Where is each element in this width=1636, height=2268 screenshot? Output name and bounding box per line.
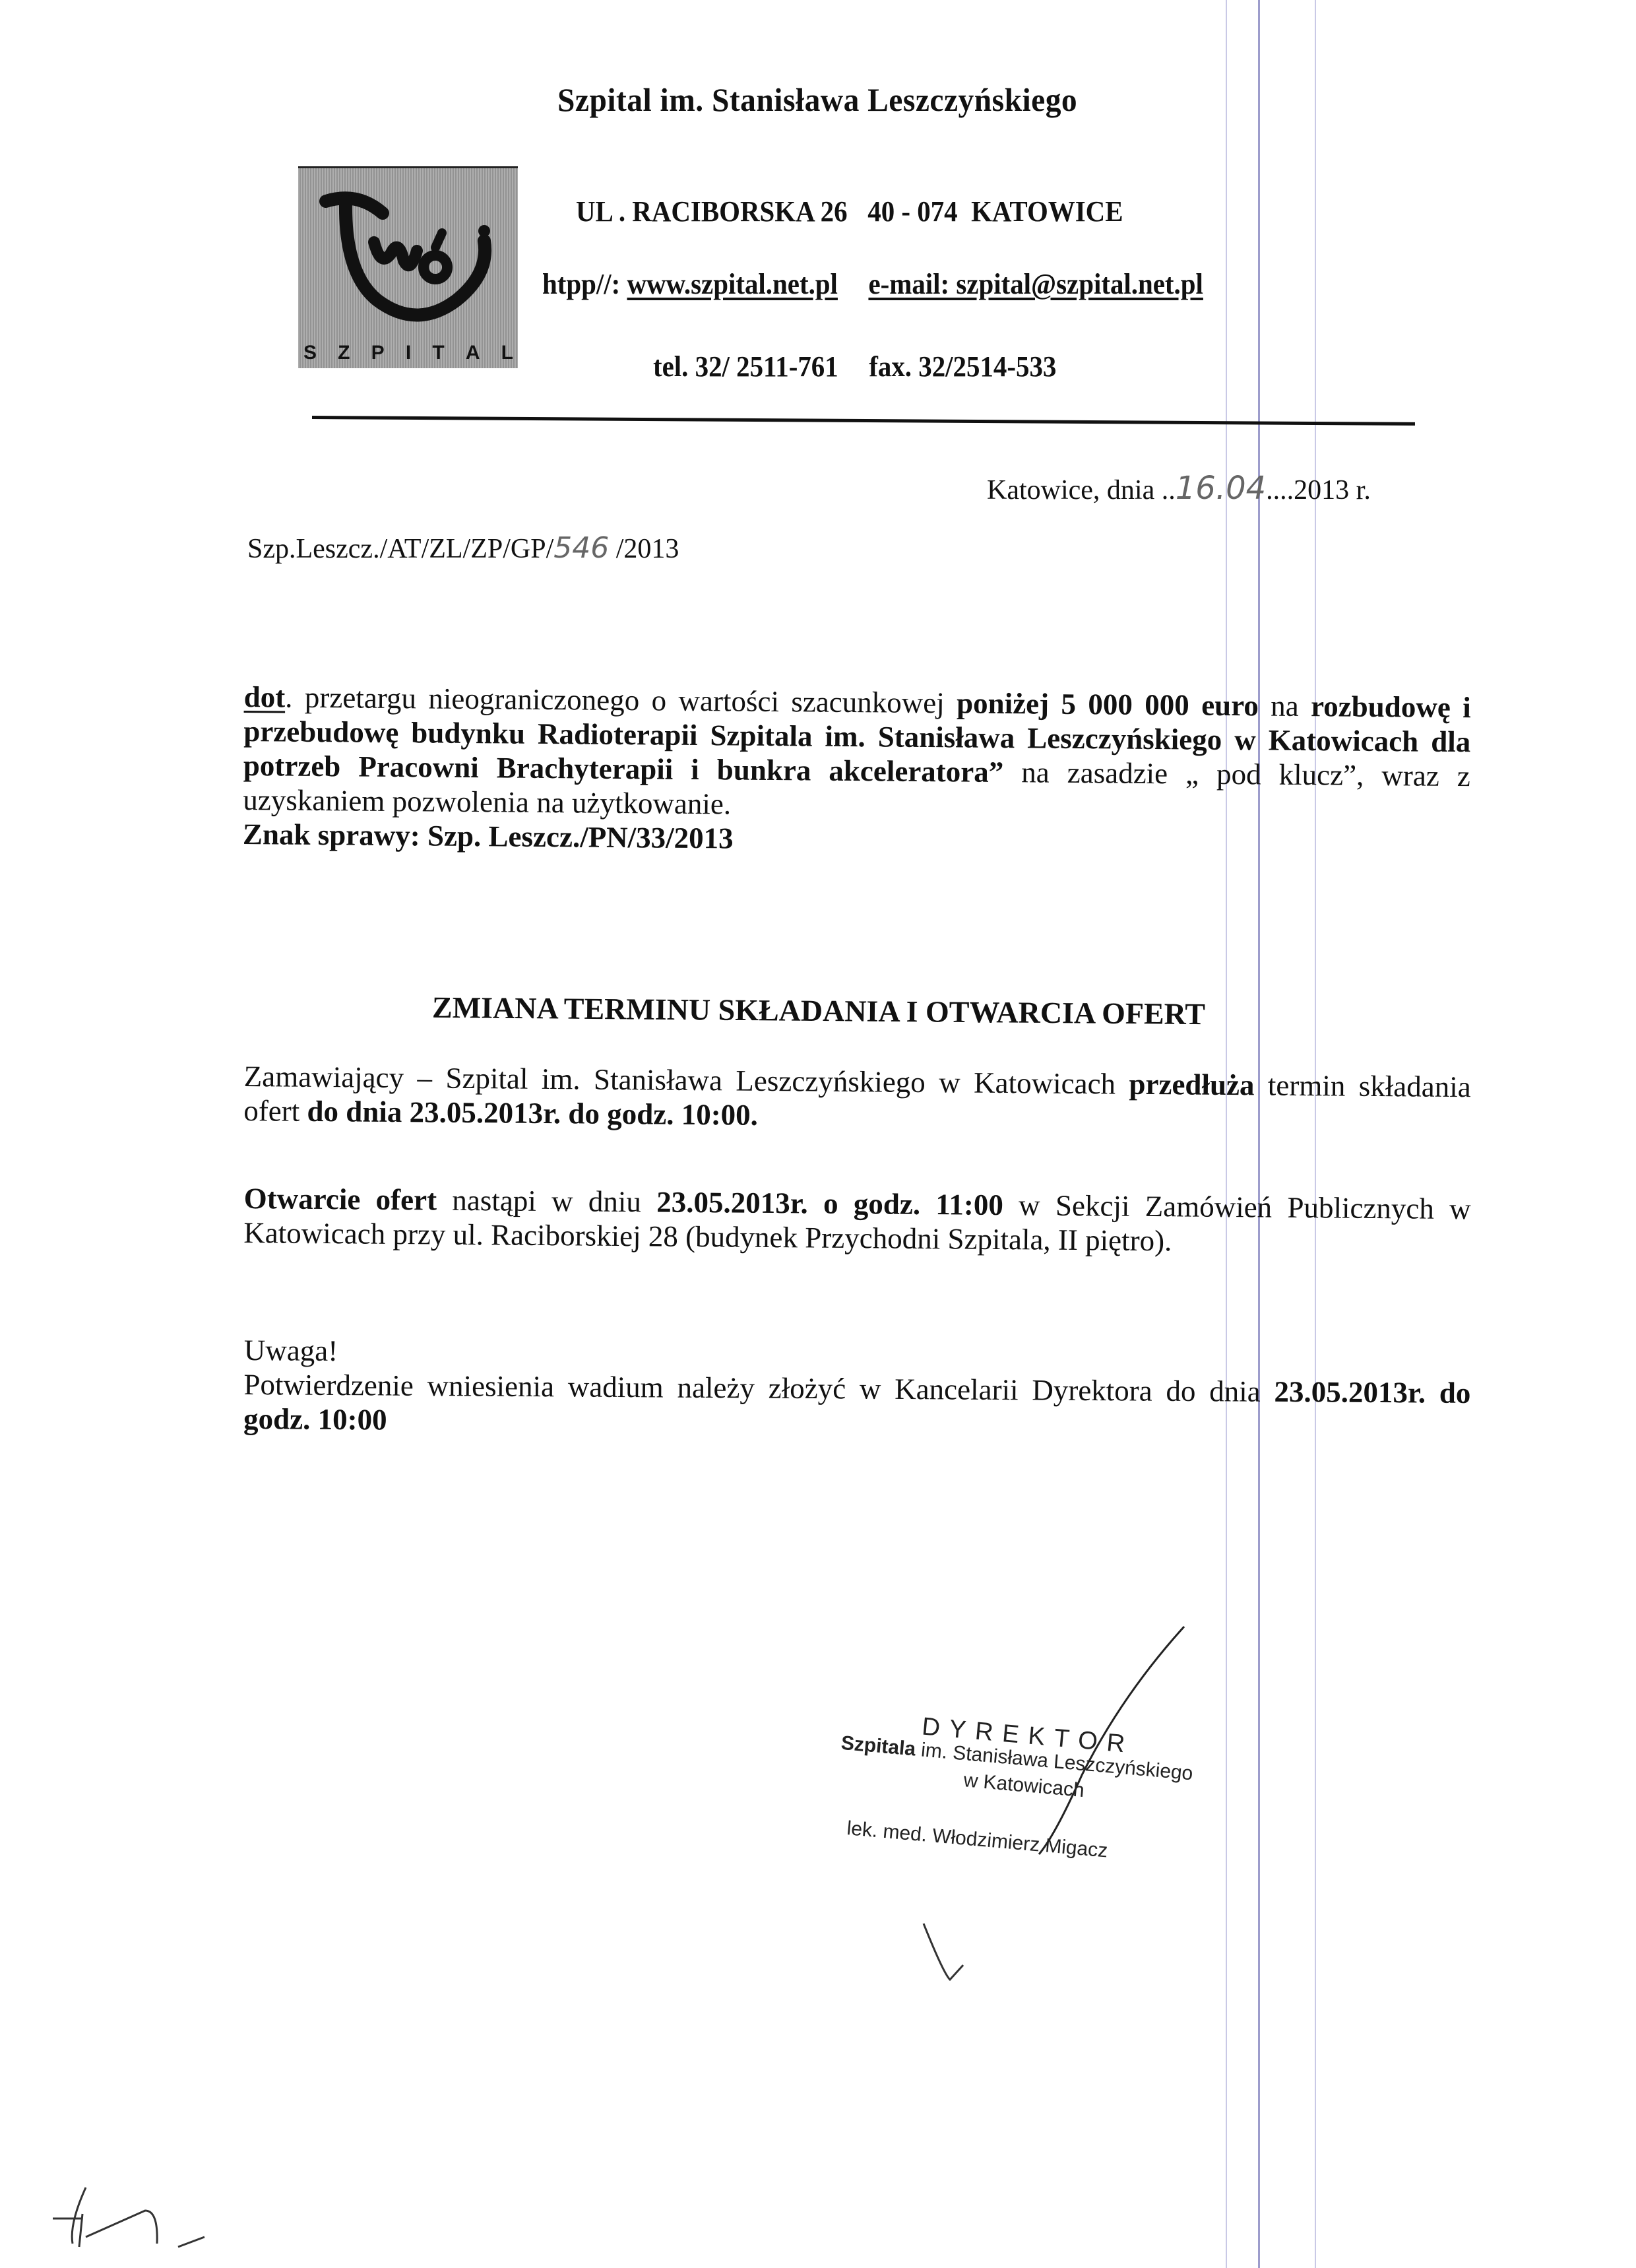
handwritten-ref-number: 546 [553, 531, 609, 565]
hospital-logo: S Z P I T A L [298, 166, 518, 368]
stamp-org-bold: Szpitala [840, 1732, 917, 1761]
logo-letter: Z [338, 342, 350, 364]
reference-number: Szp.Leszcz./AT/ZL/ZP/GP/546 /2013 [247, 531, 679, 565]
p2-datetime: 23.05.2013r. o godz. 11:00 [656, 1185, 1003, 1221]
check-mark [924, 1924, 963, 1980]
logo-letter: S [303, 342, 317, 364]
p1-bold: przedłuża [1129, 1068, 1254, 1102]
header-divider [312, 416, 1415, 426]
hospital-address: UL . RACIBORSKA 26 40 - 074 KATOWICE [576, 195, 1123, 228]
notice-heading: ZMIANA TERMINU SKŁADANIA I OTWARCIA OFER… [432, 990, 1205, 1031]
ref-prefix: Szp.Leszcz./AT/ZL/ZP/GP/ [247, 534, 553, 564]
logo-letter: L [501, 342, 513, 364]
p2-text: nastąpi w dniu [437, 1184, 657, 1219]
website-link[interactable]: www.szpital.net.pl [627, 268, 837, 300]
contact-phone-fax: tel. 32/ 2511-761fax. 32/2514-533 [653, 350, 1056, 383]
logo-letter: P [371, 342, 385, 364]
web-label: htpp//: [542, 268, 627, 300]
place-date: Katowice, dnia ..16.04....2013 r. [987, 470, 1371, 507]
subject-dot: dot [244, 680, 286, 714]
date-prefix: Katowice, dnia .. [987, 475, 1176, 505]
subject-value: poniżej 5 000 000 euro [957, 686, 1259, 722]
logo-caption: S Z P I T A L [303, 342, 513, 364]
twoj-smile-logo-icon [298, 168, 518, 368]
logo-letter: I [406, 342, 411, 364]
subject-text: . przetargu nieograniczonego o wartości … [285, 681, 957, 720]
initials-mark [53, 2187, 204, 2247]
p1-text: Zamawiający – Szpital im. Stanisława Les… [244, 1060, 1129, 1101]
subject-text: na [1259, 689, 1311, 723]
institution-title: Szpital im. Stanisława Leszczyńskiego [557, 81, 1077, 119]
note-text: Potwierdzenie wniesienia wadium należy z… [243, 1368, 1274, 1408]
subject-paragraph: dot. przetargu nieograniczonego o wartoś… [243, 680, 1471, 862]
case-number: Znak sprawy: Szp. Leszcz./PN/33/2013 [243, 818, 734, 855]
stamp-signatory: lek. med. Włodzimierz Migacz [846, 1817, 1108, 1862]
logo-letter: A [466, 342, 480, 364]
note-paragraph: Uwaga! Potwierdzenie wniesienia wadium n… [243, 1333, 1471, 1444]
phone-number: tel. 32/ 2511-761 [653, 350, 838, 383]
contact-web-email: htpp//: www.szpital.net.ple-mail: szpita… [542, 267, 1203, 301]
p1-deadline: do dnia 23.05.2013r. do godz. 10:00. [307, 1095, 758, 1132]
p2-bold: Otwarcie ofert [244, 1182, 437, 1217]
handwritten-date: 16.04 [1176, 470, 1266, 507]
fax-number: fax. 32/2514-533 [869, 350, 1056, 383]
logo-letter: T [432, 342, 444, 364]
date-suffix: ....2013 r. [1266, 475, 1371, 505]
note-title: Uwaga! [244, 1334, 338, 1367]
ref-suffix: /2013 [609, 534, 679, 564]
extension-paragraph: Zamawiający – Szpital im. Stanisława Les… [243, 1059, 1471, 1138]
email-link[interactable]: e-mail: szpital@szpital.net.pl [868, 268, 1203, 300]
opening-paragraph: Otwarcie ofert nastąpi w dniu 23.05.2013… [243, 1181, 1471, 1260]
